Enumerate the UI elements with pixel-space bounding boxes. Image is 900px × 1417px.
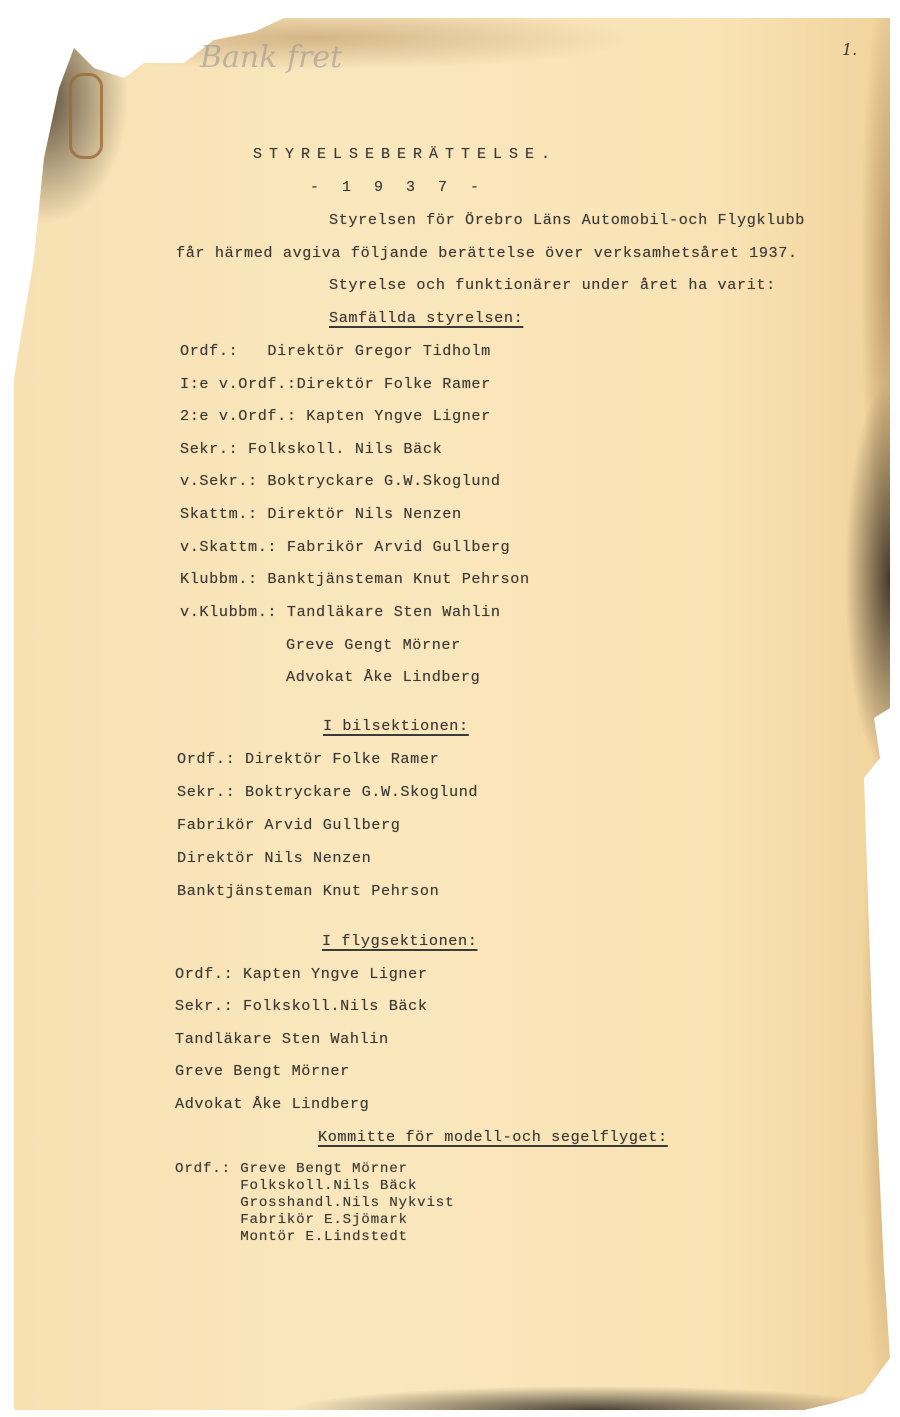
board-row: Greve Gengt Mörner bbox=[286, 636, 461, 654]
section-heading-samfallda-styrelsen: Samfällda styrelsen: bbox=[329, 309, 523, 327]
board-row: v.Sekr.: Boktryckare G.W.Skoglund bbox=[180, 472, 501, 490]
intro-line-2: får härmed avgiva följande berättelse öv… bbox=[176, 244, 798, 262]
paper-clip bbox=[69, 73, 103, 159]
board-row: Sekr.: Folkskoll. Nils Bäck bbox=[180, 440, 442, 458]
kommitte-row: Ordf.: Greve Bengt Mörner bbox=[175, 1161, 408, 1178]
section-heading-bilsektionen: I bilsektionen: bbox=[323, 717, 469, 735]
flyg-row: Advokat Åke Lindberg bbox=[175, 1095, 369, 1113]
bil-row: Fabrikör Arvid Gullberg bbox=[177, 816, 400, 834]
board-row: Advokat Åke Lindberg bbox=[286, 668, 480, 686]
bil-row: Sekr.: Boktryckare G.W.Skoglund bbox=[177, 783, 478, 801]
kommitte-row: Montör E.Lindstedt bbox=[175, 1229, 408, 1246]
intro-line-3: Styrelse och funktionärer under året ha … bbox=[329, 276, 776, 294]
kommitte-row: Grosshandl.Nils Nykvist bbox=[175, 1195, 454, 1212]
board-row: Skattm.: Direktör Nils Nenzen bbox=[180, 505, 462, 523]
section-heading-kommitte: Kommitte för modell-och segelflyget: bbox=[318, 1128, 668, 1146]
document-year: - 1 9 3 7 - bbox=[310, 179, 486, 196]
bil-row: Banktjänsteman Knut Pehrson bbox=[177, 882, 439, 900]
flyg-row: Sekr.: Folkskoll.Nils Bäck bbox=[175, 997, 428, 1015]
board-row: v.Skattm.: Fabrikör Arvid Gullberg bbox=[180, 538, 510, 556]
bil-row: Ordf.: Direktör Folke Ramer bbox=[177, 750, 439, 768]
handwritten-note: Bank fret bbox=[200, 40, 342, 75]
flyg-row: Ordf.: Kapten Yngve Ligner bbox=[175, 965, 428, 983]
page-number: 1. bbox=[842, 40, 857, 59]
board-row: Klubbm.: Banktjänsteman Knut Pehrson bbox=[180, 570, 530, 588]
section-heading-flygsektionen: I flygsektionen: bbox=[322, 932, 477, 950]
board-row: 2:e v.Ordf.: Kapten Yngve Ligner bbox=[180, 407, 491, 425]
flyg-row: Greve Bengt Mörner bbox=[175, 1062, 350, 1080]
bil-row: Direktör Nils Nenzen bbox=[177, 849, 371, 867]
intro-line-1: Styrelsen för Örebro Läns Automobil-och … bbox=[329, 211, 805, 229]
board-row: v.Klubbm.: Tandläkare Sten Wahlin bbox=[180, 603, 501, 621]
board-row: I:e v.Ordf.:Direktör Folke Ramer bbox=[180, 375, 491, 393]
board-row: Ordf.: Direktör Gregor Tidholm bbox=[180, 342, 491, 360]
document-title: STYRELSEBERÄTTELSE. bbox=[253, 146, 557, 163]
kommitte-row: Folkskoll.Nils Bäck bbox=[175, 1178, 417, 1195]
flyg-row: Tandläkare Sten Wahlin bbox=[175, 1030, 389, 1048]
kommitte-row: Fabrikör E.Sjömark bbox=[175, 1212, 408, 1229]
